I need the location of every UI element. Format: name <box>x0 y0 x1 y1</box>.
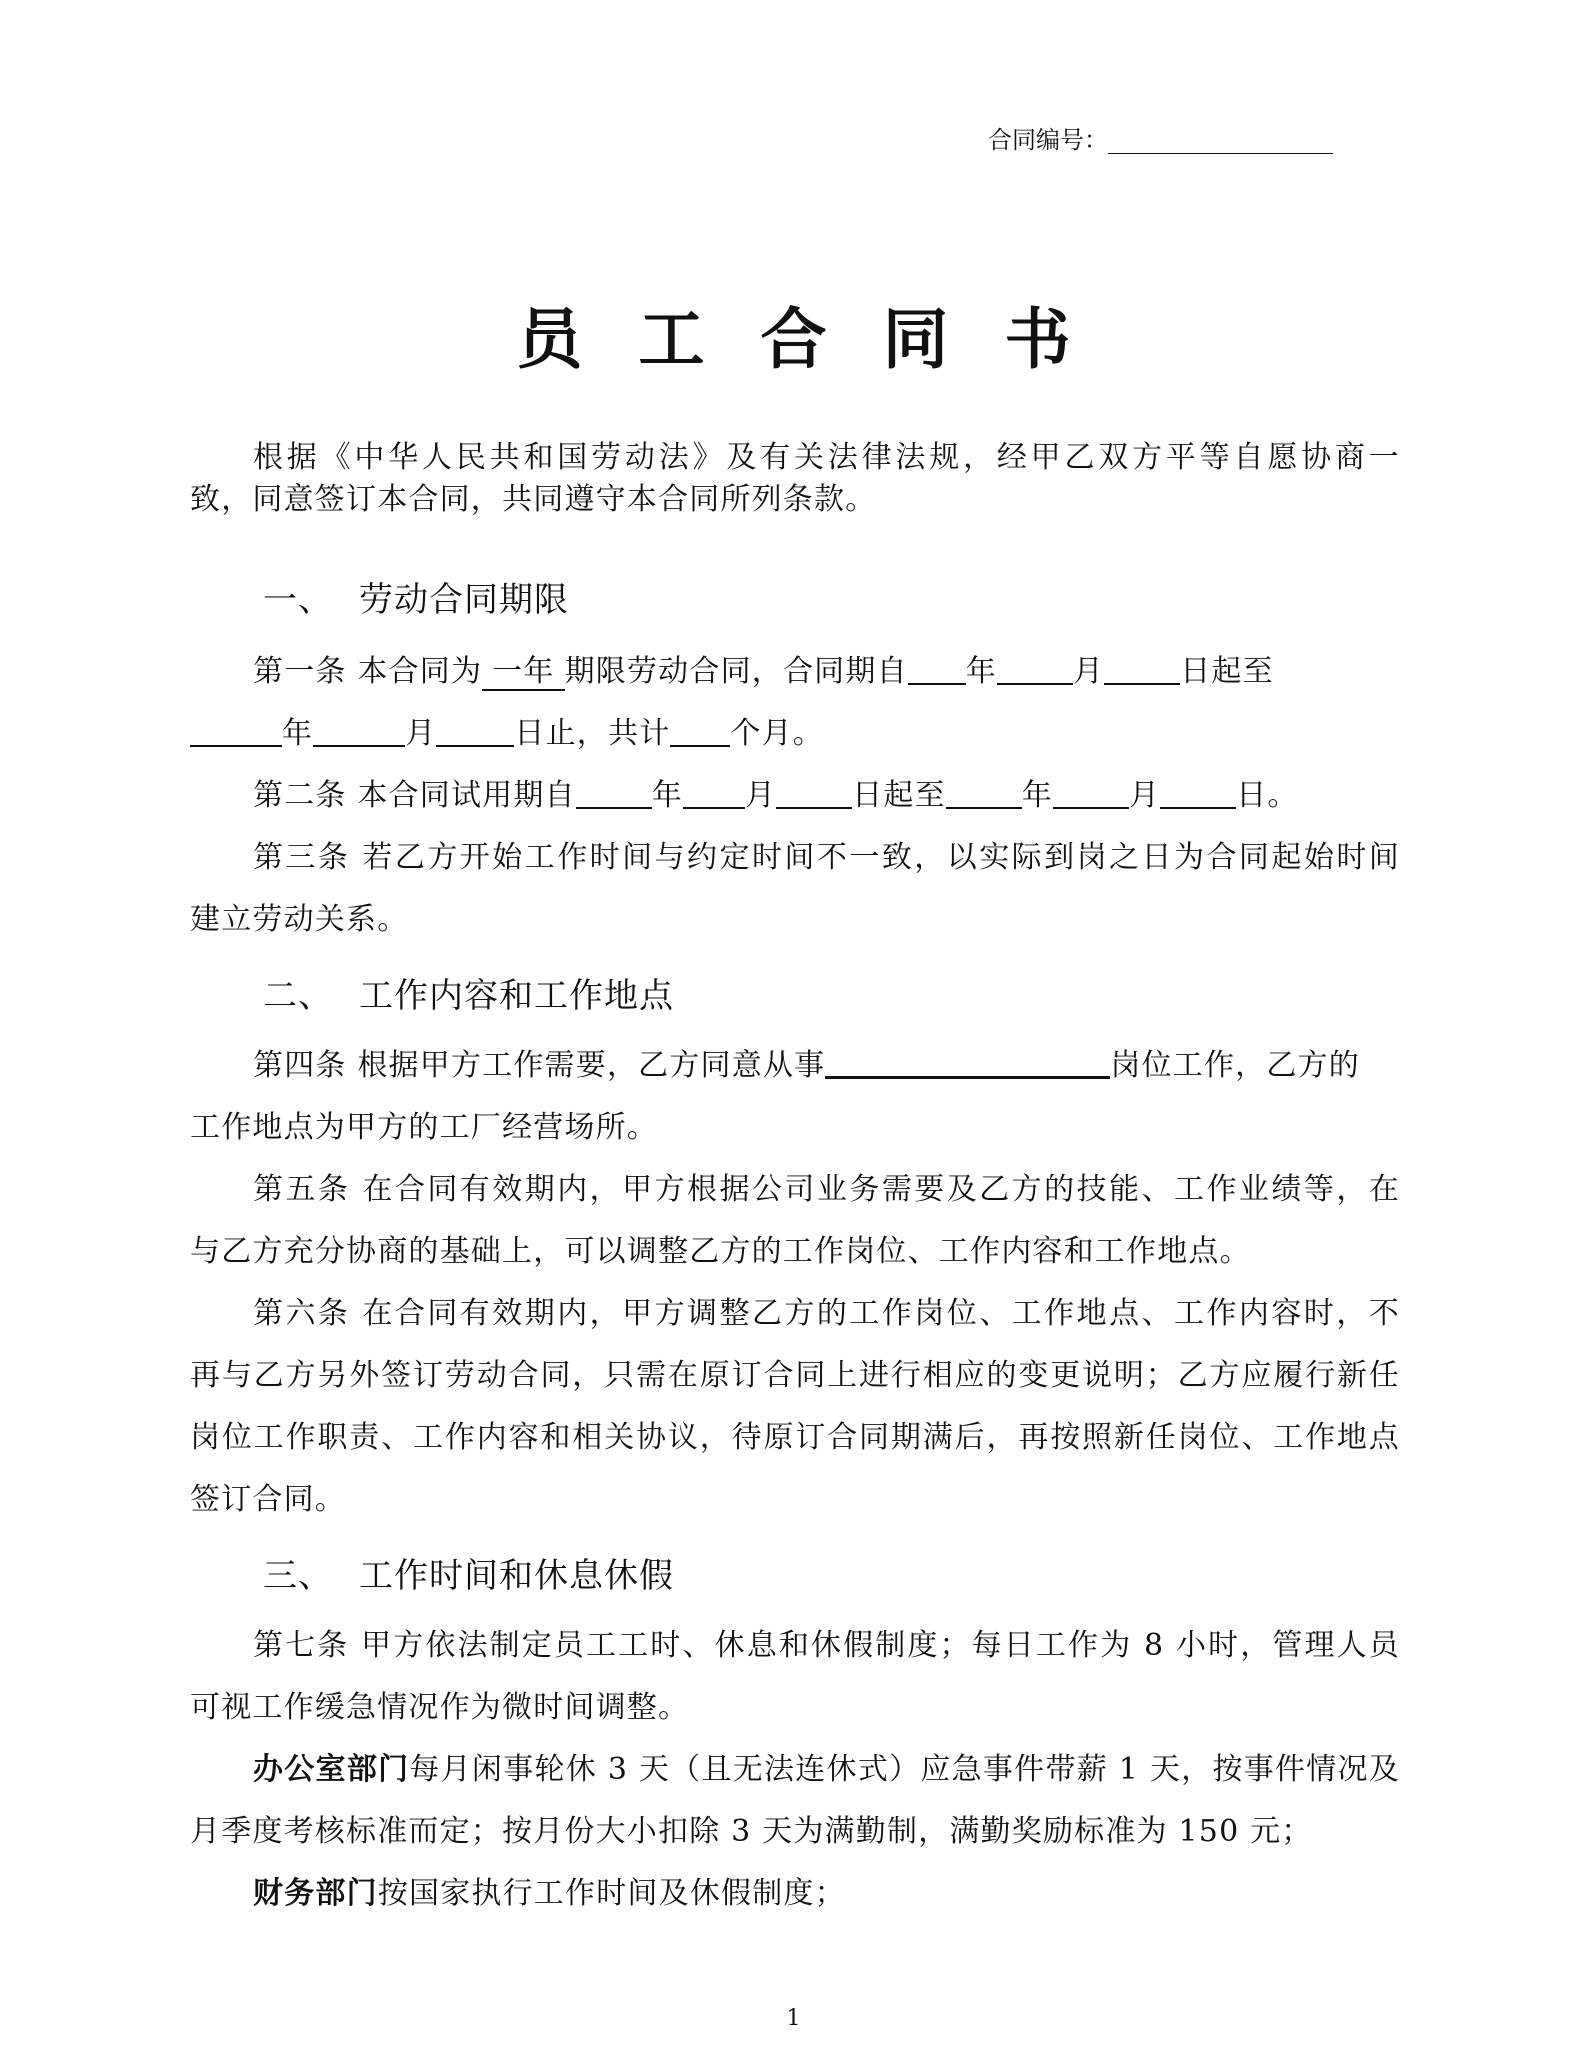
job-position-blank[interactable] <box>825 1046 1110 1079</box>
article-1-line-2: 年月日止，共计个月。 <box>190 714 1400 754</box>
article-text: 期限劳动合同，合同期自 <box>565 654 908 689</box>
probation-start-year-blank[interactable] <box>576 777 652 809</box>
article-6-line-2: 再与乙方另外签订劳动合同，只需在原订合同上进行相应的变更说明；乙方应履行新任 <box>190 1356 1400 1396</box>
department-text: 每月闲事轮休 3 天（且无法连休式）应急事件带薪 1 天，按事件情况及 <box>409 1752 1400 1787</box>
contract-number: 合同编号： <box>988 122 1333 158</box>
article-text: 在合同有效期内，甲方调整乙方的工作岗位、工作地点、工作内容时，不 <box>362 1296 1400 1331</box>
article-label: 第二条 <box>253 778 347 813</box>
contract-number-label: 合同编号： <box>988 126 1108 154</box>
article-6-line-4: 签订合同。 <box>190 1480 1400 1520</box>
department-name: 财务部门 <box>253 1876 378 1911</box>
article-label: 第三条 <box>253 840 350 875</box>
section-title: 工作时间和休息休假 <box>359 1556 674 1596</box>
contract-term-field[interactable]: 一年 <box>482 654 564 691</box>
article-text: 本合同试用期自 <box>357 778 575 813</box>
article-7-line-1: 第七条 甲方依法制定员工工时、休息和休假制度；每日工作为 8 小时，管理人员 <box>253 1626 1400 1666</box>
article-text: 个月。 <box>730 716 824 751</box>
section-number: 一、 <box>263 578 359 622</box>
article-text: 日止，共计 <box>514 716 670 751</box>
article-5-line-2: 与乙方充分协商的基础上，可以调整乙方的工作岗位、工作内容和工作地点。 <box>190 1232 1400 1272</box>
article-1-line-1: 第一条 本合同为一年期限劳动合同，合同期自年月日起至 <box>253 652 1400 692</box>
article-6-line-3: 岗位工作职责、工作内容和相关协议，待原订合同期满后，再按照新任岗位、工作地点 <box>190 1418 1400 1458</box>
section-heading-1: 一、劳动合同期限 <box>263 578 569 622</box>
department-text: 按国家执行工作时间及休假制度； <box>378 1876 846 1911</box>
article-2-line-1: 第二条 本合同试用期自年月日起至年月日。 <box>253 776 1400 816</box>
start-year-blank[interactable] <box>908 653 966 685</box>
document-title: 员工合同书 <box>0 300 1587 380</box>
probation-end-year-blank[interactable] <box>946 777 1022 809</box>
unit-text: 年 <box>282 716 313 751</box>
unit-text: 年 <box>652 778 683 813</box>
department-name: 办公室部门 <box>253 1752 409 1787</box>
end-year-blank[interactable] <box>190 715 282 747</box>
finance-dept-line-1: 财务部门按国家执行工作时间及休假制度； <box>253 1874 1400 1914</box>
article-label: 第七条 <box>253 1628 349 1663</box>
intro-line-1: 根据《中华人民共和国劳动法》及有关法律法规，经甲乙双方平等自愿协商一 <box>253 438 1400 478</box>
unit-text: 月 <box>405 716 436 751</box>
article-text: 根据甲方工作需要，乙方同意从事 <box>357 1048 825 1083</box>
page-number: 1 <box>0 2004 1587 2034</box>
article-3-line-2: 建立劳动关系。 <box>190 900 1400 940</box>
probation-start-day-blank[interactable] <box>776 777 852 809</box>
probation-end-day-blank[interactable] <box>1160 777 1236 809</box>
section-title: 工作内容和工作地点 <box>359 976 674 1016</box>
contract-term-value: 一年 <box>492 654 554 689</box>
unit-text: 年 <box>966 654 997 689</box>
start-day-blank[interactable] <box>1104 653 1180 685</box>
article-5-line-1: 第五条 在合同有效期内，甲方根据公司业务需要及乙方的技能、工作业绩等，在 <box>253 1170 1400 1210</box>
probation-end-month-blank[interactable] <box>1053 777 1129 809</box>
unit-text: 月 <box>1129 778 1160 813</box>
section-number: 二、 <box>263 974 359 1018</box>
office-dept-line-1: 办公室部门每月闲事轮休 3 天（且无法连休式）应急事件带薪 1 天，按事件情况及 <box>253 1750 1400 1790</box>
article-label: 第五条 <box>253 1172 350 1207</box>
intro-line-2: 致，同意签订本合同，共同遵守本合同所列条款。 <box>190 480 1400 520</box>
article-text: 日。 <box>1236 778 1298 813</box>
probation-start-month-blank[interactable] <box>683 777 745 809</box>
article-text: 日起至 <box>852 778 946 813</box>
article-6-line-1: 第六条 在合同有效期内，甲方调整乙方的工作岗位、工作地点、工作内容时，不 <box>253 1294 1400 1334</box>
unit-text: 月 <box>745 778 776 813</box>
start-month-blank[interactable] <box>997 653 1073 685</box>
article-3-line-1: 第三条 若乙方开始工作时间与约定时间不一致，以实际到岗之日为合同起始时间 <box>253 838 1400 878</box>
article-label: 第四条 <box>253 1048 347 1083</box>
article-text: 日起至 <box>1180 654 1274 689</box>
unit-text: 月 <box>1073 654 1104 689</box>
end-day-blank[interactable] <box>436 715 514 747</box>
article-text: 在合同有效期内，甲方根据公司业务需要及乙方的技能、工作业绩等，在 <box>362 1172 1400 1207</box>
unit-text: 年 <box>1022 778 1053 813</box>
contract-number-blank[interactable] <box>1108 129 1333 154</box>
section-title: 劳动合同期限 <box>359 580 569 620</box>
article-text: 甲方依法制定员工工时、休息和休假制度；每日工作为 8 小时，管理人员 <box>361 1628 1400 1663</box>
article-text: 岗位工作，乙方的 <box>1110 1048 1360 1083</box>
section-heading-2: 二、工作内容和工作地点 <box>263 974 674 1018</box>
article-text: 本合同为 <box>357 654 482 689</box>
total-months-blank[interactable] <box>670 715 730 747</box>
article-label: 第一条 <box>253 654 347 689</box>
office-dept-line-2: 月季度考核标准而定；按月份大小扣除 3 天为满勤制，满勤奖励标准为 150 元； <box>190 1812 1400 1852</box>
article-4-line-2: 工作地点为甲方的工厂经营场所。 <box>190 1108 1400 1148</box>
article-4-line-1: 第四条 根据甲方工作需要，乙方同意从事岗位工作，乙方的 <box>253 1046 1400 1086</box>
section-number: 三、 <box>263 1554 359 1598</box>
article-label: 第六条 <box>253 1296 350 1331</box>
article-7-line-2: 可视工作缓急情况作为微时间调整。 <box>190 1688 1400 1728</box>
end-month-blank[interactable] <box>313 715 405 747</box>
section-heading-3: 三、工作时间和休息休假 <box>263 1554 674 1598</box>
article-text: 若乙方开始工作时间与约定时间不一致，以实际到岗之日为合同起始时间 <box>362 840 1400 875</box>
